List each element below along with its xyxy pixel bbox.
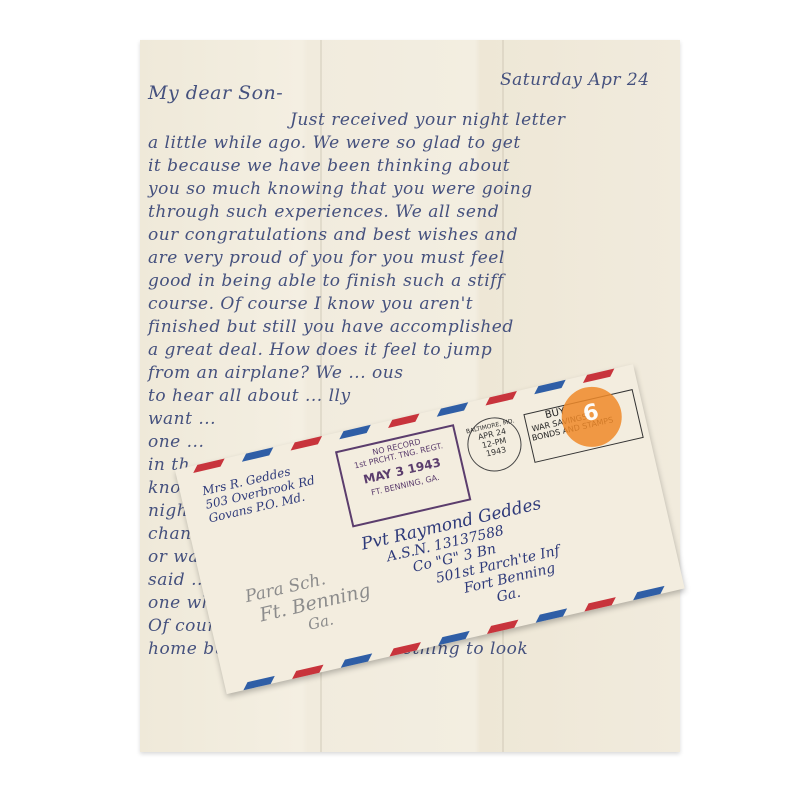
letter-line: want ... xyxy=(148,409,216,429)
stamp-value: 6 xyxy=(559,395,623,433)
letter-line: a great deal. How does it feel to jump xyxy=(148,340,492,360)
baltimore-postmark: BALTIMORE, MD. APR 24 12-PM 1943 xyxy=(462,412,527,477)
letter-line: to hear all about ... lly xyxy=(148,386,351,406)
letter-line: you so much knowing that you were going xyxy=(148,179,533,199)
letter-line: our congratulations and best wishes and xyxy=(148,225,518,245)
letter-line: through such experiences. We all send xyxy=(148,202,499,222)
letter-date: Saturday Apr 24 xyxy=(500,70,650,90)
letter-salutation: My dear Son- xyxy=(148,82,283,104)
letter-line: finished but still you have accomplished xyxy=(148,317,514,337)
letter-line: Just received your night letter xyxy=(290,110,566,130)
letter-line: one ... xyxy=(148,432,204,452)
letter-line: good in being able to finish such a stif… xyxy=(148,271,504,291)
letter-line: course. Of course I know you aren't xyxy=(148,294,473,314)
return-address: Mrs R. Geddes 503 Overbrook Rd Govans P.… xyxy=(201,459,319,525)
letter-line: a little while ago. We were so glad to g… xyxy=(148,133,521,153)
letter-line: it because we have been thinking about xyxy=(148,156,510,176)
registry-stamp: NO RECORD 1st PRCHT. TNG. REGT. MAY 3 19… xyxy=(335,424,471,527)
letter-line: from an airplane? We ... ous xyxy=(148,363,403,383)
letter-line: are very proud of you for you must feel xyxy=(148,248,505,268)
pencil-note: Para Sch. Ft. Benning Ga. xyxy=(243,562,367,646)
